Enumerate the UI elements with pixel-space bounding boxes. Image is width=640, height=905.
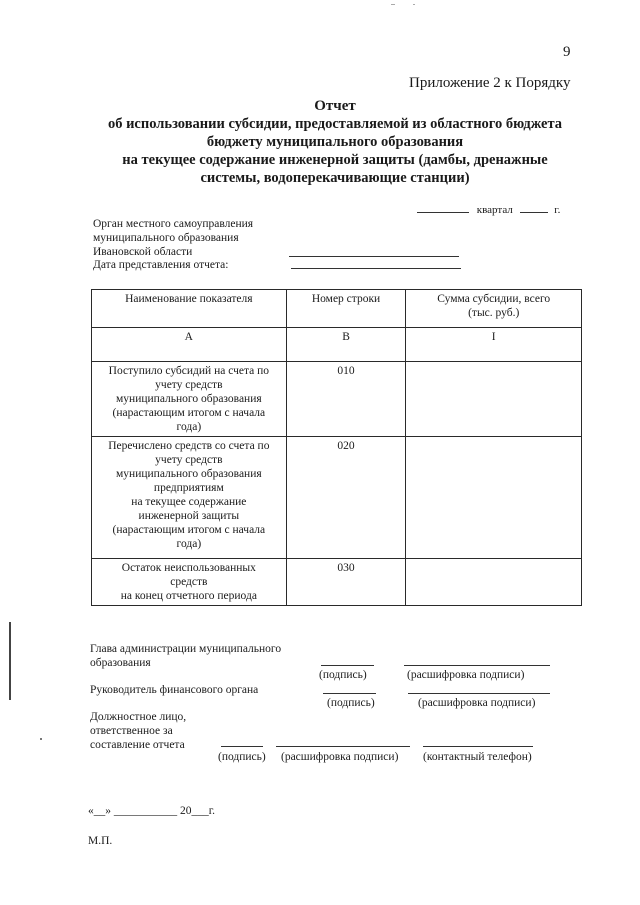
indicator-text: на конец отчетного периода <box>96 589 282 603</box>
year-suffix: г. <box>554 204 560 216</box>
quarter-field[interactable] <box>417 203 469 213</box>
finance-signature-field[interactable] <box>323 693 376 694</box>
amount-cell[interactable] <box>406 437 582 559</box>
indicator-text: учету средств <box>96 378 282 392</box>
signatory-label-line: Должностное лицо, <box>90 710 186 724</box>
indicator-text: (нарастающим итогом с начала <box>96 523 282 537</box>
year-field[interactable] <box>520 203 548 213</box>
responsible-signatory-label: Должностное лицо, ответственное за соста… <box>90 710 186 752</box>
quarter-label: квартал <box>477 204 513 216</box>
document-title: Отчет об использовании субсидии, предост… <box>80 97 590 187</box>
signature-caption: (подпись) <box>327 697 375 709</box>
page-number: 9 <box>563 44 571 61</box>
indicator-cell: Поступило субсидий на счета по учету сре… <box>92 362 287 437</box>
table-row: Поступило субсидий на счета по учету сре… <box>92 362 582 437</box>
header-text: Номер строки <box>291 292 402 306</box>
table-row: Перечислено средств со счета по учету ср… <box>92 437 582 559</box>
index-cell: В <box>286 328 406 362</box>
amount-cell[interactable] <box>406 559 582 606</box>
signatory-label-line: образования <box>90 656 281 670</box>
head-signatory-label: Глава администрации муниципального образ… <box>90 642 281 670</box>
report-table: Наименование показателя Номер строки Сум… <box>91 289 582 606</box>
responsible-phone-field[interactable] <box>423 746 533 747</box>
indicator-text: муниципального образования <box>96 467 282 481</box>
responsible-decode-field[interactable] <box>276 746 410 747</box>
row-code-cell: 030 <box>286 559 406 606</box>
finance-decode-field[interactable] <box>408 693 550 694</box>
org-label-line: Ивановской области <box>93 245 293 259</box>
signatory-label-line: ответственное за <box>90 724 186 738</box>
column-header-row-number: Номер строки <box>286 290 406 328</box>
head-decode-field[interactable] <box>404 665 550 666</box>
decode-caption: (расшифровка подписи) <box>418 697 535 709</box>
indicator-text: года) <box>96 420 282 434</box>
title-line: на текущее содержание инженерной защиты … <box>80 151 590 169</box>
row-code-cell: 010 <box>286 362 406 437</box>
decode-caption: (расшифровка подписи) <box>281 751 398 763</box>
signatory-label-line: Глава администрации муниципального <box>90 642 281 656</box>
index-cell: А <box>92 328 287 362</box>
indicator-text: муниципального образования <box>96 392 282 406</box>
indicator-text: Поступило субсидий на счета по <box>96 364 282 378</box>
org-field[interactable] <box>289 256 459 257</box>
indicator-text: на текущее содержание <box>96 495 282 509</box>
scan-artifact <box>391 4 395 5</box>
indicator-text: Остаток неиспользованных <box>96 561 282 575</box>
org-label: Орган местного самоуправления муниципаль… <box>93 217 293 259</box>
indicator-text: Перечислено средств со счета по <box>96 439 282 453</box>
table-header-row: Наименование показателя Номер строки Сум… <box>92 290 582 328</box>
index-cell: I <box>406 328 582 362</box>
date-field[interactable] <box>291 268 461 269</box>
row-code-cell: 020 <box>286 437 406 559</box>
indicator-text: средств <box>96 575 282 589</box>
title-main: Отчет <box>80 97 590 115</box>
stamp-placeholder: М.П. <box>88 834 112 848</box>
header-text: (тыс. руб.) <box>410 306 577 320</box>
indicator-cell: Перечислено средств со счета по учету ср… <box>92 437 287 559</box>
signature-caption: (подпись) <box>319 669 367 681</box>
indicator-text: года) <box>96 537 282 551</box>
footer-date-line: «__» ___________ 20___г. <box>88 804 215 818</box>
header-text: Наименование показателя <box>96 292 282 306</box>
decode-caption: (расшифровка подписи) <box>407 669 524 681</box>
indicator-text: учету средств <box>96 453 282 467</box>
indicator-cell: Остаток неиспользованных средств на коне… <box>92 559 287 606</box>
indicator-text: (нарастающим итогом с начала <box>96 406 282 420</box>
table-index-row: А В I <box>92 328 582 362</box>
org-label-line: муниципального образования <box>93 231 293 245</box>
date-label: Дата представления отчета: <box>93 259 228 271</box>
amount-cell[interactable] <box>406 362 582 437</box>
scan-artifact <box>413 4 415 5</box>
column-header-indicator: Наименование показателя <box>92 290 287 328</box>
scan-artifact <box>40 738 42 740</box>
scan-artifact <box>9 622 11 700</box>
reporting-period: квартал г. <box>417 203 560 216</box>
signature-caption: (подпись) <box>218 751 266 763</box>
title-line: об использовании субсидии, предоставляем… <box>80 115 590 133</box>
table-row: Остаток неиспользованных средств на коне… <box>92 559 582 606</box>
org-label-line: Орган местного самоуправления <box>93 217 293 231</box>
column-header-amount: Сумма субсидии, всего (тыс. руб.) <box>406 290 582 328</box>
indicator-text: инженерной защиты <box>96 509 282 523</box>
header-text: Сумма субсидии, всего <box>410 292 577 306</box>
appendix-label: Приложение 2 к Порядку <box>409 75 570 92</box>
head-signature-field[interactable] <box>321 665 374 666</box>
responsible-signature-field[interactable] <box>221 746 263 747</box>
finance-signatory-label: Руководитель финансового органа <box>90 683 258 697</box>
title-line: бюджету муниципального образования <box>80 133 590 151</box>
indicator-text: предприятиям <box>96 481 282 495</box>
phone-caption: (контактный телефон) <box>423 751 532 763</box>
signatory-label-line: составление отчета <box>90 738 186 752</box>
title-line: системы, водоперекачивающие станции) <box>80 169 590 187</box>
